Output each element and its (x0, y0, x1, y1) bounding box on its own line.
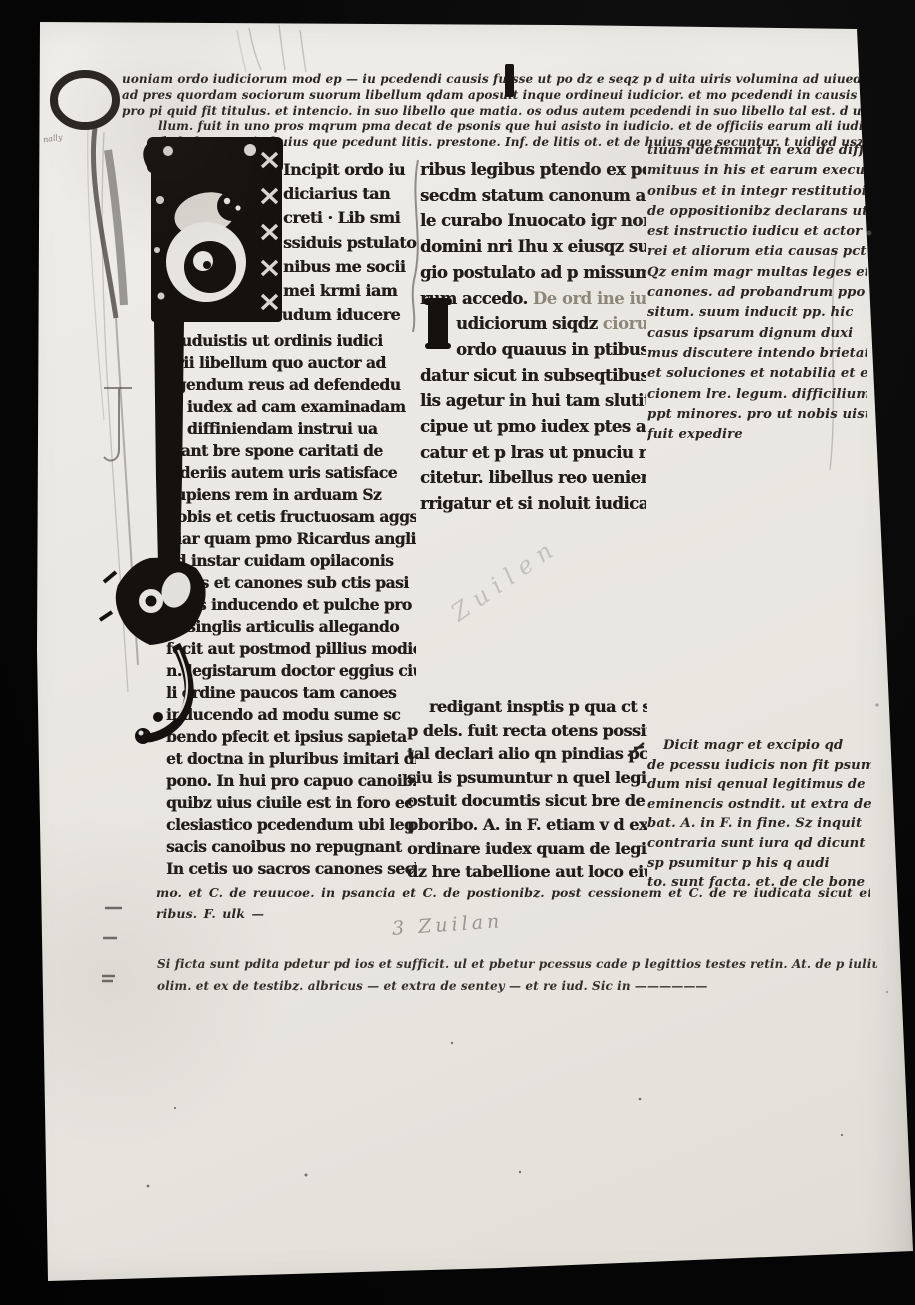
text-line: sp psumitur p his q audi (647, 854, 871, 874)
text-line: ppt minores. pro ut nobis uisu (647, 405, 867, 425)
right-column-gloss: tiuam detmmat in exa de diffmituus in hi… (647, 141, 867, 445)
text-line: pboribo. A. in F. etiam v d exta (407, 813, 647, 837)
text-line: datur sicut in subseqtibus titu (420, 363, 646, 389)
text-line: clesiastico pcedendum ubi leges (166, 814, 416, 836)
text-line: bendo pfecit et ipsius sapieta (166, 726, 416, 748)
text-line: li ordine paucos tam canoes (166, 682, 416, 704)
top-gloss-text: uoniam ordo iudiciorum mod ep — iu pcede… (86, 72, 862, 151)
margin-scribble: nally (42, 133, 63, 145)
text-line: Dicit magr et excipio qd (647, 736, 871, 756)
text-line: pono. In hui pro capuo canoibz (166, 770, 416, 792)
text-line: quibz uius ciuile est in foro ec (166, 792, 416, 814)
left-column-text: studuistis ut ordinis iudiciarii libellu… (166, 330, 416, 880)
text-line: onibus et in integr restitutioibz (647, 182, 867, 202)
text-line: diar quam pmo Ricardus anglie (166, 528, 416, 550)
text-line: ostuit documtis sicut bre de (407, 789, 647, 813)
text-line: le curabo Inuocato igr nomie (420, 208, 646, 234)
text-line: ribus legibus ptendo ex poritis (420, 157, 646, 183)
text-line: domini nri Ihu x eiusqz suffra (420, 234, 646, 260)
text-line: pluis inducendo et pulche pro (166, 594, 416, 616)
text-line: ordinare iudex quam de legi (407, 837, 647, 861)
text-line: uoniam ordo iudiciorum mod ep — iu pcede… (86, 72, 862, 88)
text-line: de pcessu iudicis non fit psum (647, 756, 871, 776)
text-line: mo. et C. de reuucoe. in psancia et C. d… (156, 882, 870, 903)
text-line: sideriis autem uris satisface (166, 462, 416, 484)
text-line: inducendo ad modu sume sc (166, 704, 416, 726)
incipit-text: Incipit ordo iudiciarius tancreti · Lib … (283, 158, 419, 327)
q-initial-icon (51, 74, 138, 692)
text-line: mei krmi iam (283, 279, 419, 303)
text-line: est instructio iudicu et actor et (647, 222, 867, 242)
text-line: Incipit ordo iu (283, 158, 419, 182)
right-column-note: Dicit magr et excipio qdde pcessu iudici… (647, 736, 871, 893)
text-line: ordo quauus in ptibus actus (420, 337, 646, 363)
text-line: cipue ut pmo iudex ptes ad (420, 414, 646, 440)
text-line: arii libellum quo auctor ad (166, 352, 416, 374)
text-line: sacis canoibus no repugnant (166, 836, 416, 858)
text-line: llum. fuit in uno pros mqrum pma decat d… (86, 119, 862, 135)
text-line: lis agetur in hui tam slutit p (420, 388, 646, 414)
text-line: tal declari alio qn pindias pce (407, 742, 647, 766)
text-line: studuistis ut ordinis iudici (166, 330, 416, 352)
rubric-line: rum accedo. De ord ine iudi (420, 286, 646, 312)
text-line: dz hre tabellione aut loco eius (407, 860, 647, 884)
rubric-run: De ord ine iudi (533, 289, 646, 308)
rubric-run: ciorum · (603, 314, 646, 333)
text-line: cupiens rem in arduam Sz (166, 484, 416, 506)
text-line: eminencis ostndit. ut extra de pro (647, 795, 871, 815)
ink-specks (147, 1042, 844, 1188)
text-line: fuit expedire (647, 425, 867, 445)
text-line: mituus in his et earum executi (647, 161, 867, 181)
rubric-line: udiciorum siqdz ciorum · (420, 311, 646, 337)
text-line: ssiduis pstulato (283, 231, 419, 255)
text-line: siu is psumuntur n quel legitic (407, 766, 647, 790)
text-line: in singlis articulis allegando (166, 616, 416, 638)
text-line: nibus me socii (283, 255, 419, 279)
text-line: uobis et cetis fructuosam aggs (166, 506, 416, 528)
text-line: et iudex ad cam examinadam (166, 396, 416, 418)
text-line: tiuam detmmat in exa de diff (647, 141, 867, 161)
text-line: dum nisi qenual legitimus de (647, 775, 871, 795)
text-run: rum accedo. (420, 289, 533, 308)
text-line: et soluciones et notabilia et exposi (647, 364, 867, 384)
text-line: casus ipsarum dignum duxi (647, 324, 867, 344)
text-line: redigant insptis p qua ct sup (407, 695, 647, 719)
text-line: pro pi quid fit titulus. et intencio. in… (86, 104, 862, 120)
text-line: diciarius tan (283, 182, 419, 206)
text-line: leant bre spone caritati de (166, 440, 416, 462)
text-line: et diffiniendam instrui ua (166, 418, 416, 440)
bottom-reference-lines: mo. et C. de reuucoe. in psancia et C. d… (156, 882, 870, 924)
text-line: bat. A. in F. in fine. Sz inquit (647, 814, 871, 834)
text-line: creti · Lib smi (283, 206, 419, 230)
text-line: situm. suum inducit pp. hic (647, 303, 867, 323)
text-line: In cetis uo sacros canones secla (166, 858, 416, 880)
text-line: et doctna in pluribus imitari dis (166, 748, 416, 770)
text-line: n. legistarum doctor eggius ciui (166, 660, 416, 682)
text-line: secdm statum canonum ad imp (420, 183, 646, 209)
text-line: ribus. F. ulk — (156, 903, 870, 924)
text-line: contraria sunt iura qd dicunt qd (647, 834, 871, 854)
middle-column-lower: redigant insptis p qua ct supp dels. fui… (407, 695, 647, 884)
text-line: agendum reus ad defendedu (166, 374, 416, 396)
text-line: Si ficta sunt pdita pdetur pd ios et suf… (157, 954, 877, 976)
margin-dashes (102, 908, 122, 981)
text-line: Qz enim magr multas leges et (647, 263, 867, 283)
text-line: fecit aut postmod pillius modice (166, 638, 416, 660)
bottom-note-text: Si ficta sunt pdita pdetur pd ios et suf… (157, 954, 877, 997)
text-line: mus discutere intendo brietates (647, 344, 867, 364)
text-line: olim. et ex de testibz. albricus — et ex… (157, 976, 877, 998)
text-line: p dels. fuit recta otens possit de (407, 719, 647, 743)
text-line: ad pres quordam sociorum suorum libellum… (86, 88, 862, 104)
page-streaks (237, 25, 306, 72)
text-line: catur et p lras ut pnuciu reus (420, 440, 646, 466)
text-line: cionem lre. legum. difficilium (647, 385, 867, 405)
text-run: udiciorum siqdz (456, 314, 603, 333)
text-line: dudum iducere (271, 303, 419, 327)
manuscript-page: uoniam ordo iudiciorum mod ep — iu pcede… (0, 0, 915, 1305)
text-line: rei et aliorum etia causas pctat (647, 242, 867, 262)
text-line: ad instar cuidam opilaconis (166, 550, 416, 572)
middle-column-upper: ribus legibus ptendo ex poritissecdm sta… (420, 157, 646, 517)
text-line: de oppositionibz declarans utilitas (647, 202, 867, 222)
text-line: gio postulato ad p missum tra (420, 260, 646, 286)
illuminated-initial-a (143, 136, 283, 322)
text-line: leges et canones sub ctis pasi (166, 572, 416, 594)
pen-trial-mark (104, 388, 132, 461)
text-line: canones. ad probandrum ppo (647, 283, 867, 303)
